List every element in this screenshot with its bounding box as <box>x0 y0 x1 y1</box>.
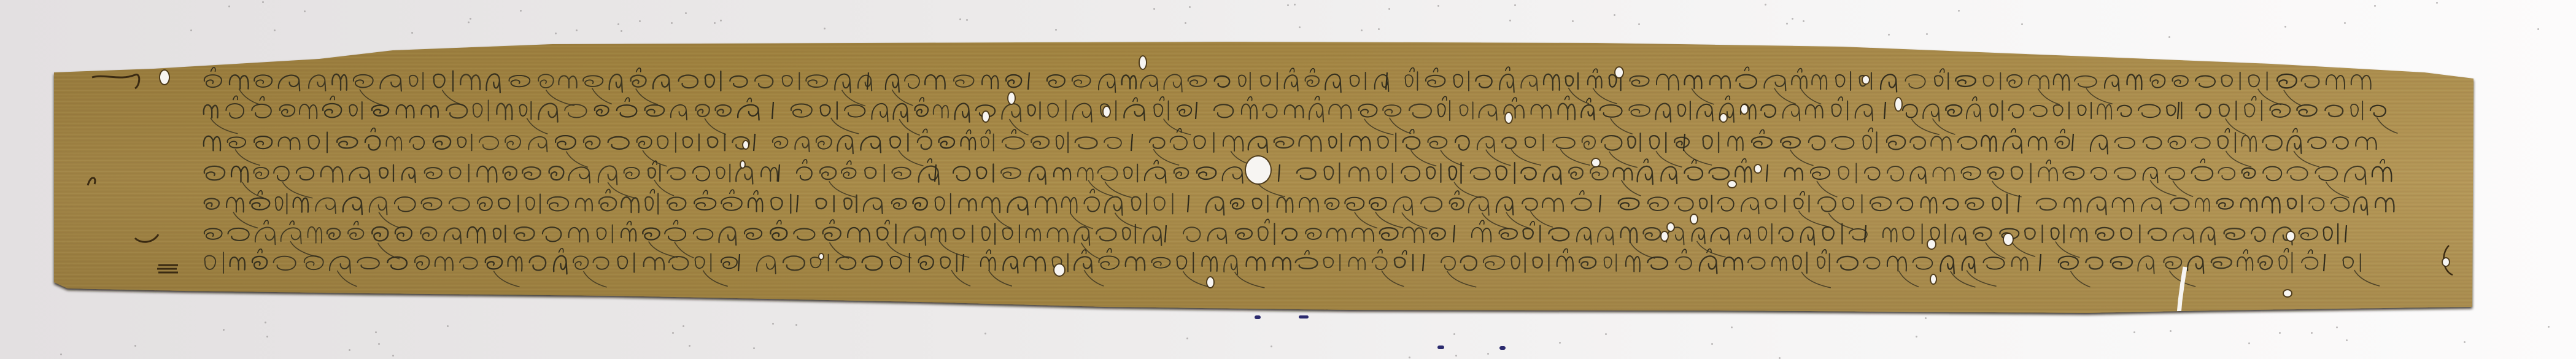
paper-speck <box>959 18 961 20</box>
paper-speck <box>1514 4 1516 6</box>
paper-speck <box>1792 18 1793 20</box>
paper-speck <box>2021 23 2023 25</box>
worm-hole <box>2004 234 2013 245</box>
paper-speck <box>1487 353 1489 355</box>
paper-speck <box>262 1 264 3</box>
blue-ink-dot <box>1255 315 1261 319</box>
palm-leaf <box>0 0 2576 359</box>
paper-speck <box>555 33 557 34</box>
paper-speck <box>689 345 690 347</box>
paper-speck <box>1455 355 1457 357</box>
paper-speck <box>753 347 755 349</box>
worm-hole <box>1720 114 1727 122</box>
paper-speck <box>1153 8 1155 10</box>
worm-hole <box>1207 277 1213 287</box>
paper-speck <box>1361 29 1363 31</box>
paper-speck <box>772 323 774 325</box>
worm-hole <box>1506 113 1512 123</box>
paper-speck <box>1888 34 1890 36</box>
paper-speck <box>714 22 716 24</box>
worm-hole <box>1054 264 1064 276</box>
paper-speck <box>228 6 230 7</box>
paper-speck <box>411 32 413 34</box>
paper-speck <box>304 10 306 12</box>
paper-speck <box>1638 23 1640 25</box>
paper-speck <box>1786 23 1788 25</box>
worm-hole <box>1755 165 1761 172</box>
worm-hole <box>1691 215 1697 223</box>
worm-hole <box>160 71 169 84</box>
paper-speck <box>1614 14 1615 16</box>
worm-hole <box>2287 232 2294 241</box>
paper-speck <box>1559 342 1561 344</box>
paper-speck <box>2284 26 2286 28</box>
worm-hole <box>1140 56 1146 69</box>
paper-speck <box>1186 338 1188 339</box>
worm-hole <box>1104 107 1110 117</box>
paper-speck <box>520 10 522 12</box>
blue-ink-dot <box>1437 345 1444 349</box>
leaf-body <box>0 0 2576 359</box>
paper-speck <box>2133 331 2135 333</box>
paper-speck <box>824 28 826 29</box>
worm-hole <box>1668 223 1674 231</box>
paper-speck <box>1378 28 1380 30</box>
paper-speck <box>685 12 687 14</box>
paper-speck <box>966 19 968 21</box>
paper-speck <box>1765 4 1766 6</box>
paper-speck <box>2279 332 2281 334</box>
blue-ink-dot <box>1499 346 1506 350</box>
paper-speck <box>1926 33 1928 35</box>
paper-speck <box>2374 5 2376 7</box>
worm-hole <box>741 161 745 168</box>
paper-speck <box>617 23 619 25</box>
paper-speck <box>2248 342 2250 344</box>
paper-speck <box>60 353 62 355</box>
paper-speck <box>1925 317 1927 319</box>
paper-speck <box>266 336 268 338</box>
paper-speck <box>468 21 470 23</box>
paper-speck <box>349 349 350 351</box>
paper-speck <box>720 20 722 21</box>
paper-speck <box>672 332 674 334</box>
worm-hole <box>1928 240 1935 249</box>
paper-speck <box>1189 6 1191 8</box>
worm-hole <box>1615 68 1623 77</box>
paper-speck <box>2168 36 2170 38</box>
paper-speck <box>1572 20 1574 22</box>
paper-speck <box>795 324 797 326</box>
manuscript-photo: Odia (handwritten, incised) । <box>0 0 2576 359</box>
worm-hole <box>1728 181 1736 187</box>
blue-ink-dash <box>1299 315 1309 318</box>
paper-speck <box>265 322 266 323</box>
paper-speck <box>2464 341 2466 343</box>
paper-speck <box>1605 333 1607 335</box>
paper-speck <box>2336 326 2338 328</box>
paper-speck <box>1185 22 1186 24</box>
paper-speck <box>1437 5 1439 7</box>
paper-speck <box>671 22 673 24</box>
paper-speck <box>2311 332 2313 334</box>
worm-hole <box>1741 105 1747 114</box>
paper-speck <box>375 331 377 333</box>
paper-speck <box>1803 20 1804 22</box>
paper-speck <box>2346 339 2348 341</box>
paper-speck <box>1731 326 1733 328</box>
paper-speck <box>134 345 136 347</box>
paper-speck <box>1409 357 1410 358</box>
paper-speck <box>378 343 380 345</box>
worm-hole <box>2284 290 2291 296</box>
worm-hole <box>1895 98 1901 110</box>
paper-speck <box>1055 29 1057 31</box>
paper-speck <box>447 325 449 327</box>
worm-hole <box>1661 232 1668 241</box>
worm-hole <box>1863 76 1869 83</box>
paper-speck <box>1916 336 1917 338</box>
worm-hole <box>743 141 748 149</box>
paper-speck <box>223 329 225 331</box>
paper-speck <box>2344 22 2346 24</box>
paper-speck <box>1509 20 1511 21</box>
paper-speck <box>1958 10 1960 12</box>
paper-speck <box>1453 333 1455 335</box>
paper-speck <box>2537 28 2539 30</box>
worm-hole <box>1931 275 1936 284</box>
paper-speck <box>2436 2 2438 4</box>
paper-speck <box>1271 345 1272 347</box>
paper-speck <box>2548 326 2550 328</box>
paper-speck <box>1294 4 1296 6</box>
worm-hole <box>1246 156 1271 183</box>
paper-speck <box>621 30 622 32</box>
worm-hole <box>1592 159 1599 166</box>
worm-hole <box>983 112 989 122</box>
paper-speck <box>392 355 394 357</box>
paper-speck <box>470 18 471 20</box>
paper-speck <box>683 325 684 327</box>
paper-speck <box>1388 8 1390 10</box>
paper-speck <box>639 20 641 22</box>
worm-hole <box>2443 258 2449 266</box>
worm-hole <box>819 254 823 259</box>
paper-speck <box>576 29 578 31</box>
paper-speck <box>274 29 276 31</box>
paper-speck <box>984 333 986 334</box>
worm-hole <box>1008 93 1015 104</box>
paper-speck <box>1299 26 1301 28</box>
paper-speck <box>1711 343 1713 345</box>
paper-speck <box>2170 330 2172 332</box>
paper-speck <box>1287 4 1289 6</box>
paper-speck <box>190 29 192 31</box>
